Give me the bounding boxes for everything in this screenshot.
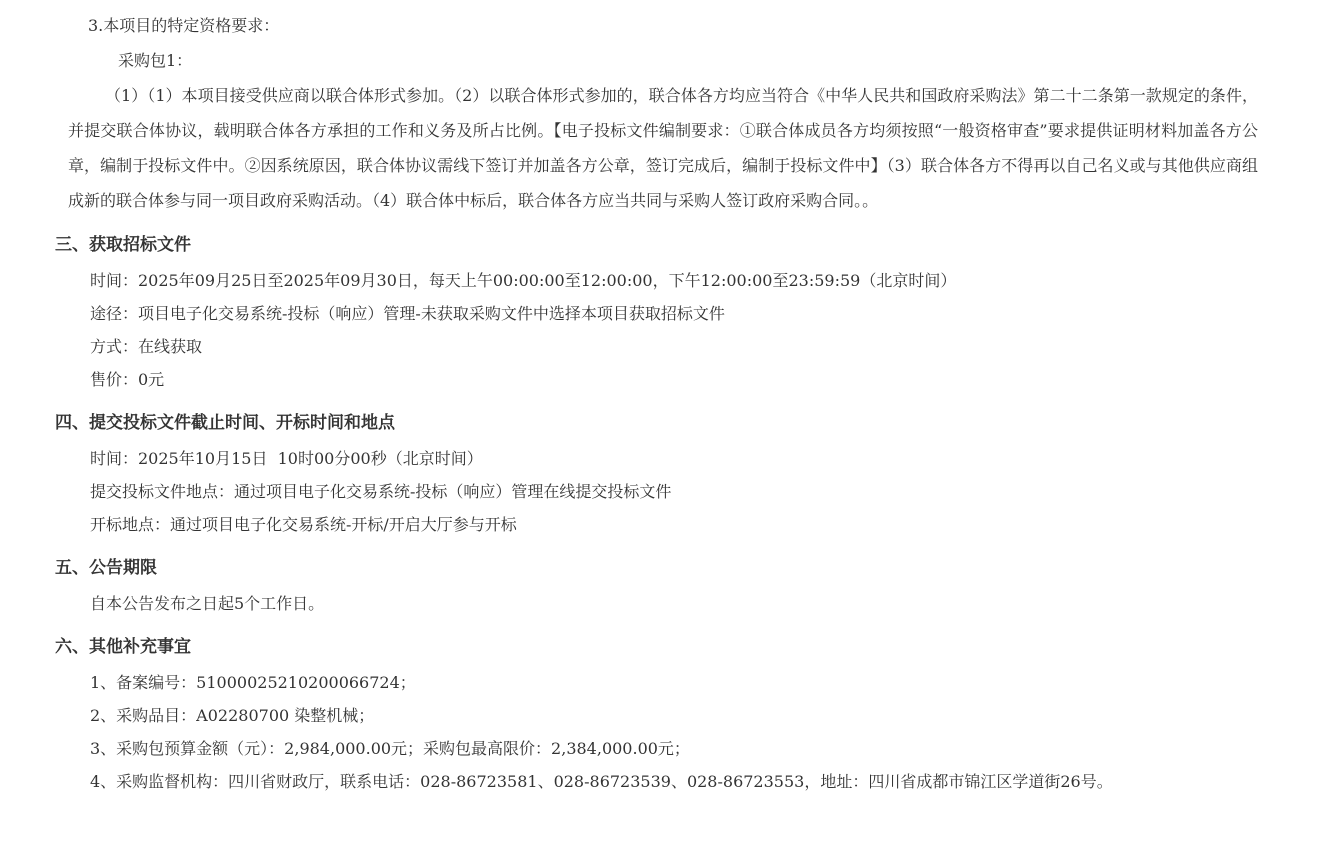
section-heading-other-matters: 六、其他补充事宜 — [55, 634, 1258, 660]
section-submission-deadline: 四、提交投标文件截止时间、开标时间和地点 时间：2025年10月15日 10时0… — [55, 410, 1258, 541]
obtain-channel-line: 途径：项目电子化交易系统-投标（响应）管理-未获取采购文件中选择本项目获取招标文… — [90, 297, 1258, 330]
section-announcement-period: 五、公告期限 自本公告发布之日起5个工作日。 — [55, 555, 1258, 620]
section-heading-obtain-documents: 三、获取招标文件 — [55, 232, 1258, 258]
submission-location-line: 提交投标文件地点：通过项目电子化交易系统-投标（响应）管理在线提交投标文件 — [90, 475, 1258, 508]
obtain-method-line: 方式：在线获取 — [90, 330, 1258, 363]
procurement-package-label: 采购包1： — [118, 43, 1258, 78]
record-number-line: 1、备案编号：51000025210200066724； — [90, 666, 1258, 699]
procurement-category-line: 2、采购品目：A02280700 染整机械； — [90, 699, 1258, 732]
section-body-submission-deadline: 时间：2025年10月15日 10时00分00秒（北京时间） 提交投标文件地点：… — [90, 442, 1258, 541]
section-other-matters: 六、其他补充事宜 1、备案编号：51000025210200066724； 2、… — [55, 634, 1258, 798]
section-obtain-documents: 三、获取招标文件 时间：2025年09月25日至2025年09月30日，每天上午… — [55, 232, 1258, 396]
specific-qualification-label: 3.本项目的特定资格要求： — [88, 8, 1258, 43]
section-body-announcement-period: 自本公告发布之日起5个工作日。 — [90, 587, 1258, 620]
procurement-notice-document: 3.本项目的特定资格要求： 采购包1： （1）（1）本项目接受供应商以联合体形式… — [0, 0, 1342, 798]
supervision-authority-line: 4、采购监督机构：四川省财政厅，联系电话：028-86723581、028-86… — [90, 765, 1258, 798]
section-body-other-matters: 1、备案编号：51000025210200066724； 2、采购品目：A022… — [90, 666, 1258, 798]
section-heading-announcement-period: 五、公告期限 — [55, 555, 1258, 581]
deadline-time-line: 时间：2025年10月15日 10时00分00秒（北京时间） — [90, 442, 1258, 475]
announcement-period-line: 自本公告发布之日起5个工作日。 — [90, 587, 1258, 620]
section-body-obtain-documents: 时间：2025年09月25日至2025年09月30日，每天上午00:00:00至… — [90, 264, 1258, 396]
bid-opening-location-line: 开标地点：通过项目电子化交易系统-开标/开启大厅参与开标 — [90, 508, 1258, 541]
joint-bid-requirements-paragraph: （1）（1）本项目接受供应商以联合体形式参加。（2）以联合体形式参加的，联合体各… — [68, 78, 1258, 218]
obtain-price-line: 售价：0元 — [90, 363, 1258, 396]
obtain-time-line: 时间：2025年09月25日至2025年09月30日，每天上午00:00:00至… — [90, 264, 1258, 297]
budget-amount-line: 3、采购包预算金额（元）：2,984,000.00元；采购包最高限价：2,384… — [90, 732, 1258, 765]
section-heading-submission-deadline: 四、提交投标文件截止时间、开标时间和地点 — [55, 410, 1258, 436]
